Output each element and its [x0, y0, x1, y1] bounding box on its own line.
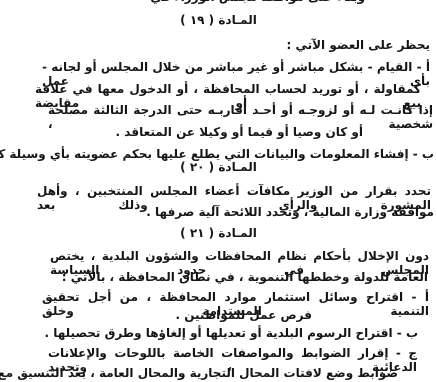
clipped-text-fragment: وبناء على موافقة مجلس الوزراء في [110, 0, 365, 4]
article-19-heading: المـادة ( ١٩ ) [0, 13, 437, 27]
article-19-item-a-line-4: أو كان وصيا أو قيما أو وكيلا عن المتعاقد… [116, 125, 363, 139]
article-21-intro-line-2: العامة للدولة وخططها التنموية ، في نطاق … [62, 270, 428, 284]
article-21-item-a-line-2: فرص عمل للمواطنين . [176, 308, 313, 322]
article-21-heading: المـادة ( ٢١ ) [0, 226, 437, 240]
article-21-item-b: ب - اقتراح الرسوم البلدية أو تعديلها أو … [44, 326, 418, 340]
article-20-heading: المـادة ( ٢٠ ) [0, 160, 437, 174]
clipped-text-line: وبناء على موافقة مجلس الوزراء في [110, 0, 365, 6]
article-21-item-c-line-2: ضوابط وضع لافتات المحال التجارية والمحال… [0, 366, 398, 380]
article-20-line-2: موافقة وزارة المالية ، وتحدد اللائحة آلي… [146, 205, 434, 219]
article-19-intro: يحظر على العضو الآتي : [287, 38, 431, 52]
article-19-item-b: ب - إفشاء المعلومات والبيانات التي يطلع … [0, 147, 434, 161]
document-page: وبناء على موافقة مجلس الوزراء في المـادة… [0, 0, 437, 382]
